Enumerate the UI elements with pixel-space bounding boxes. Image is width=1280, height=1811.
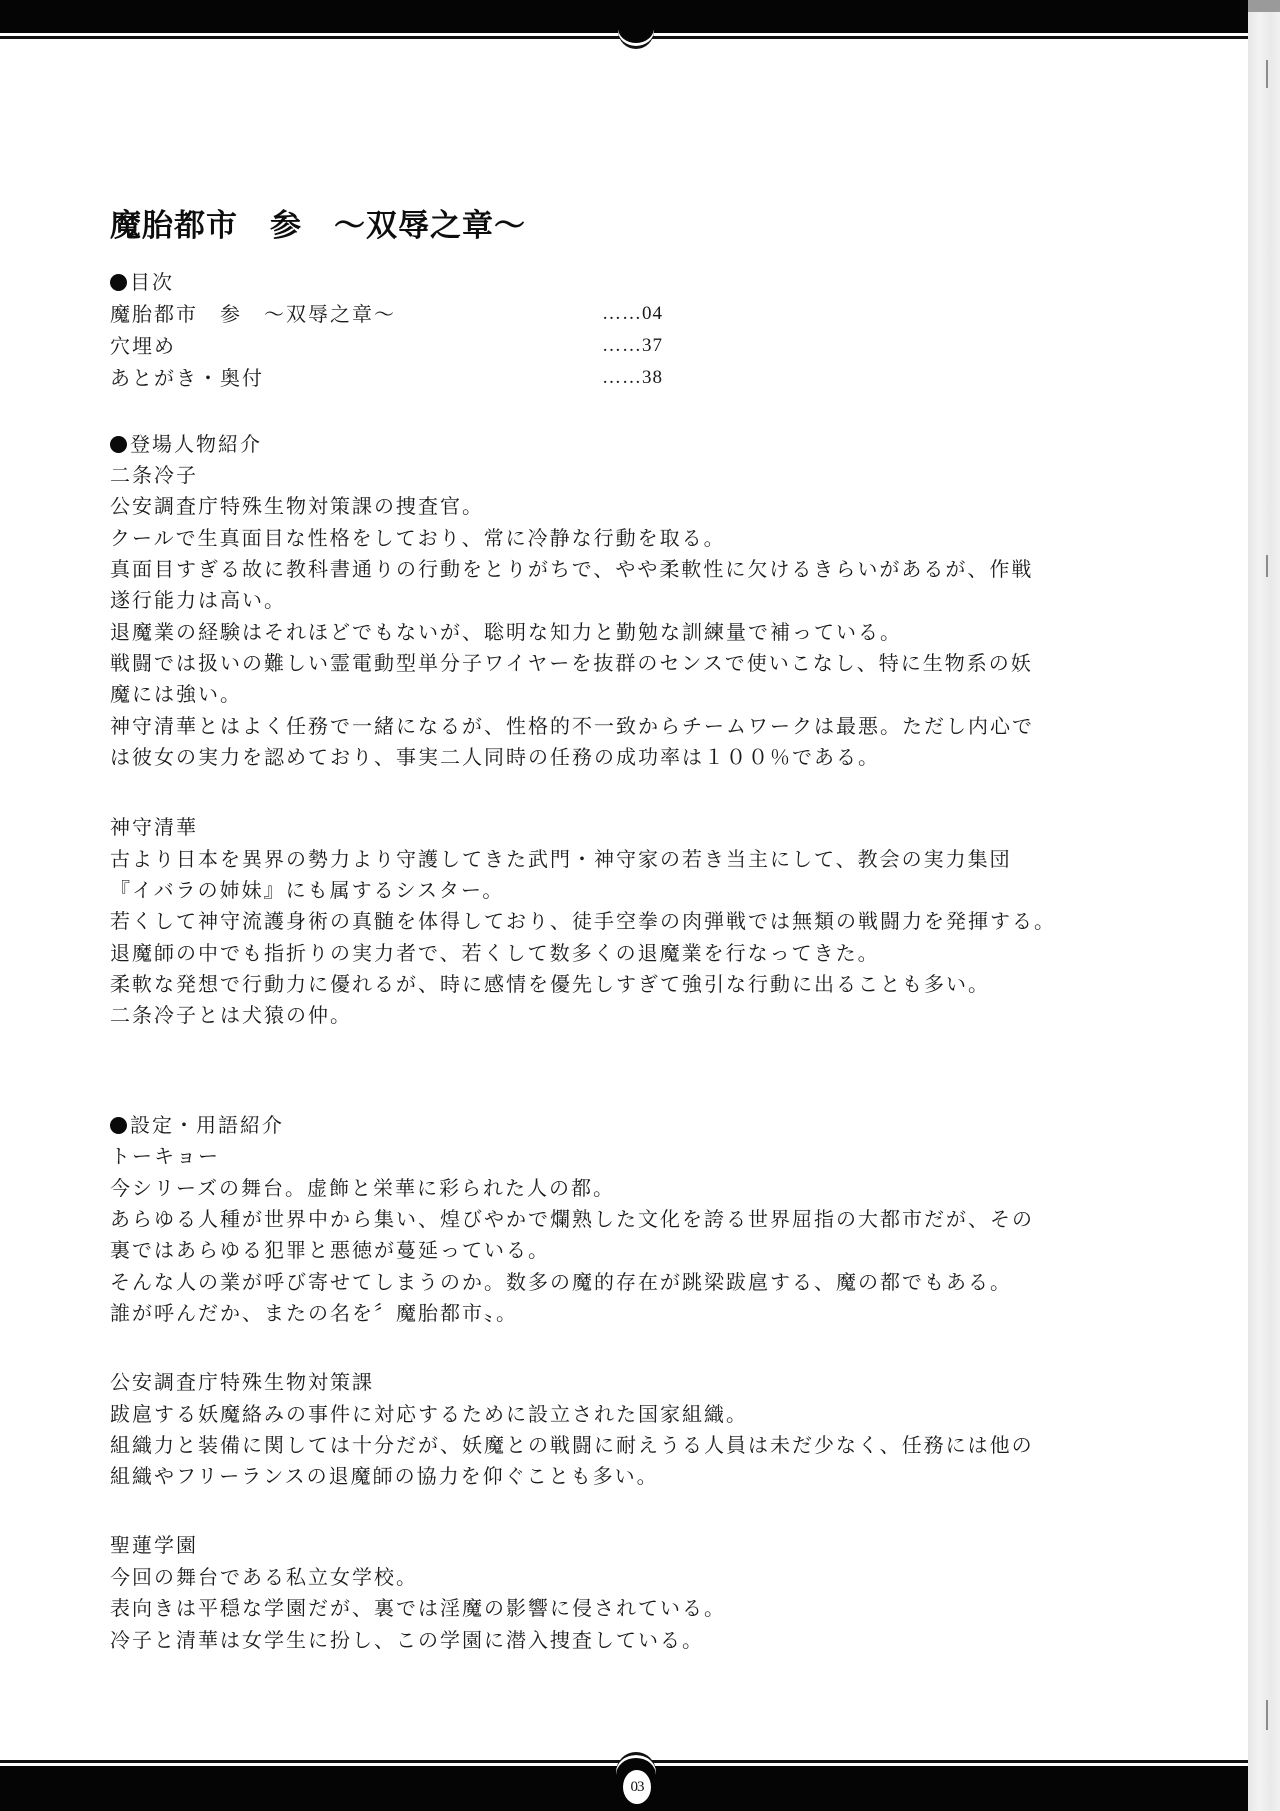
term-description-line: 今回の舞台である私立女学校。 (110, 1565, 418, 1589)
character-description-line: 戦闘では扱いの難しい霊電動型単分子ワイヤーを抜群のセンスで使いこなし、特に生物系… (110, 651, 1033, 675)
character-description-line: 神守清華とはよく任務で一緒になるが、性格的不一致からチームワークは最悪。ただし内… (110, 714, 1034, 738)
toc-entry-page: ……38 (602, 366, 663, 390)
bullet-icon (110, 274, 127, 291)
term-description-line: 裏ではあらゆる犯罪と悪徳が蔓延っている。 (110, 1238, 550, 1262)
toc-entry-label: 魔胎都市 参 ～双辱之章～ (110, 302, 396, 326)
term-name: 聖蓮学園 (110, 1533, 198, 1557)
term-name: 公安調査庁特殊生物対策課 (110, 1370, 374, 1394)
section-heading-terms: 設定・用語紹介 (110, 1113, 284, 1137)
character-name: 神守清華 (110, 815, 198, 839)
character-description-line: は彼女の実力を認めており、事実二人同時の任務の成功率は１００％である。 (110, 745, 880, 769)
header-notch-ornament (618, 30, 654, 49)
term-description-line: 今シリーズの舞台。虚飾と栄華に彩られた人の都。 (110, 1176, 615, 1200)
toc-entry-label: 穴埋め (110, 334, 176, 358)
toc-entry-label: あとがき・奥付 (110, 366, 264, 390)
term-name: トーキョー (110, 1144, 220, 1168)
section-heading-characters: 登場人物紹介 (110, 432, 262, 456)
character-description-line: 公安調査庁特殊生物対策課の捜査官。 (110, 494, 484, 518)
page-number: 03 (623, 1770, 651, 1804)
term-description-line: 組織やフリーランスの退魔師の協力を仰ぐことも多い。 (110, 1464, 659, 1488)
character-description-line: 退魔業の経験はそれほどでもないが、聡明な知力と勤勉な訓練量で補っている。 (110, 620, 902, 644)
page-edge-shadow (1248, 0, 1280, 12)
term-description-line: 組織力と装備に関しては十分だが、妖魔との戦闘に耐えうる人員は未だ少なく、任務には… (110, 1433, 1034, 1457)
character-name: 二条冷子 (110, 463, 198, 487)
toc-entry-page: ……37 (602, 334, 663, 358)
character-description-line: 退魔師の中でも指折りの実力者で、若くして数多くの退魔業を行なってきた。 (110, 941, 880, 965)
binding-mark (1266, 555, 1268, 577)
bullet-icon (110, 1117, 127, 1134)
binding-mark (1266, 1700, 1268, 1730)
character-description-line: 魔には強い。 (110, 682, 242, 706)
term-description-line: 冷子と清華は女学生に扮し、この学園に潜入捜査している。 (110, 1628, 704, 1652)
page-edge-strip (1248, 0, 1280, 1811)
document-title: 魔胎都市 参 ～双辱之章～ (110, 200, 526, 245)
term-description-line: 表向きは平穏な学園だが、裏では淫魔の影響に侵されている。 (110, 1596, 726, 1620)
character-description-line: 柔軟な発想で行動力に優れるが、時に感情を優先しすぎて強引な行動に出ることも多い。 (110, 972, 990, 996)
character-description-line: 二条冷子とは犬猿の仲。 (110, 1003, 352, 1027)
toc-entry-page: ……04 (602, 302, 663, 326)
bullet-icon (110, 436, 127, 453)
term-description-line: 跋扈する妖魔絡みの事件に対応するために設立された国家組織。 (110, 1402, 748, 1426)
term-description-line: 誰が呼んだか、またの名を〞魔胎都市〟。 (110, 1301, 518, 1325)
header-band (0, 0, 1248, 33)
character-description-line: 若くして神守流護身術の真髄を体得しており、徒手空拳の肉弾戦では無類の戦闘力を発揮… (110, 909, 1056, 933)
term-description-line: あらゆる人種が世界中から集い、煌びやかで爛熟した文化を誇る世界屈指の大都市だが、… (110, 1207, 1034, 1231)
character-description-line: クールで生真面目な性格をしており、常に冷静な行動を取る。 (110, 526, 726, 550)
character-description-line: 真面目すぎる故に教科書通りの行動をとりがちで、やや柔軟性に欠けるきらいがあるが、… (110, 557, 1033, 581)
toc-heading: 目次 (110, 270, 174, 294)
character-description-line: 『イバラの姉妹』にも属するシスター。 (110, 878, 504, 902)
binding-mark (1266, 60, 1268, 88)
term-description-line: そんな人の業が呼び寄せてしまうのか。数多の魔的存在が跳梁跋扈する、魔の都でもある… (110, 1270, 1012, 1294)
character-description-line: 遂行能力は高い。 (110, 588, 286, 612)
character-description-line: 古より日本を異界の勢力より守護してきた武門・神守家の若き当主にして、教会の実力集… (110, 847, 1012, 871)
